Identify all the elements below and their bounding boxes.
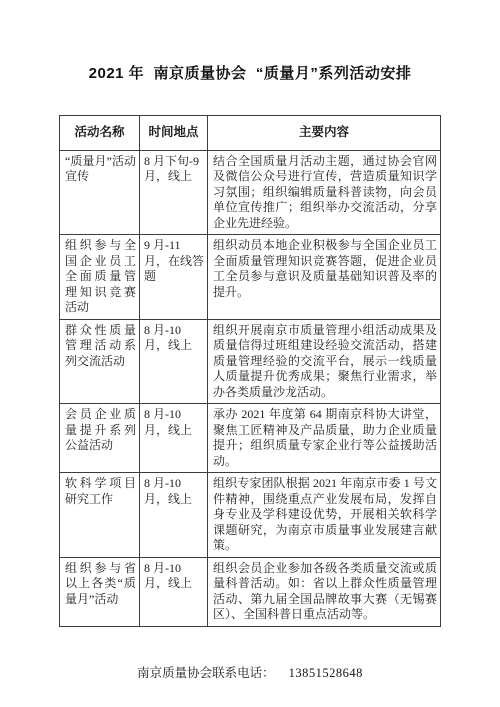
table-row: 群众性质量管理活动系列交流活动 8 月-10 月，线上 组织开展南京市质量管理小… [60,319,441,404]
main-content-cell: 组织动员本地企业积极参与全国企业员工全面质量管理知识竞赛答题，促进企业员工全员参… [208,235,441,320]
main-content-cell: 承办 2021 年度第 64 期南京科协大讲堂，聚焦工匠精神及产品质量，助力企业… [208,404,441,473]
time-place-cell: 8 月-10 月，线上 [140,557,208,626]
column-header-main-content: 主要内容 [208,116,441,151]
column-header-activity-name: 活动名称 [60,116,140,151]
activity-name-cell: 组织参与省以上各类“质量月”活动 [60,557,140,626]
table-row: 组织参与全国企业员工全面质量管理知识竞赛活动 9 月-11 月，在线答题 组织动… [60,235,441,320]
time-place-cell: 9 月-11 月，在线答题 [140,235,208,320]
activity-name-cell: 组织参与全国企业员工全面质量管理知识竞赛活动 [60,235,140,320]
main-content-cell: 结合全国质量月活动主题，通过协会官网及微信公众号进行宣传，营造质量知识学习氛围；… [208,150,441,235]
contact-label: 南京质量协会联系电话： [137,666,275,680]
time-place-cell: 8 月-10 月，线上 [140,404,208,473]
main-content-cell: 组织会员企业参加各级各类质量交流或质量科普活动。如：省以上群众性质量管理活动、第… [208,557,441,626]
page-title: 2021 年 南京质量协会 “质量月”系列活动安排 [0,62,500,83]
table-row: 会员企业质量提升系列公益活动 8 月-10 月，线上 承办 2021 年度第 6… [60,404,441,473]
activity-name-cell: “质量月”活动宣传 [60,150,140,235]
table-header-row: 活动名称 时间地点 主要内容 [60,116,441,151]
activity-name-cell: 群众性质量管理活动系列交流活动 [60,319,140,404]
table-row: “质量月”活动宣传 8 月下旬-9 月，线上 结合全国质量月活动主题，通过协会官… [60,150,441,235]
table-row: 组织参与省以上各类“质量月”活动 8 月-10 月，线上 组织会员企业参加各级各… [60,557,441,626]
table-row: 软科学项目研究工作 8 月-10 月，线上 组织专家团队根据 2021 年南京市… [60,473,441,558]
activity-name-cell: 软科学项目研究工作 [60,473,140,558]
time-place-cell: 8 月-10 月，线上 [140,473,208,558]
contact-phone-number: 13851528648 [289,666,363,680]
main-content-cell: 组织专家团队根据 2021 年南京市委 1 号文件精神，围绕重点产业发展布局，发… [208,473,441,558]
activity-name-cell: 会员企业质量提升系列公益活动 [60,404,140,473]
document-page: 2021 年 南京质量协会 “质量月”系列活动安排 活动名称 时间地点 主要内容… [0,0,500,707]
time-place-cell: 8 月下旬-9 月，线上 [140,150,208,235]
column-header-time-place: 时间地点 [140,116,208,151]
main-content-cell: 组织开展南京市质量管理小组活动成果及质量信得过班组建设经验交流活动，搭建质量管理… [208,319,441,404]
time-place-cell: 8 月-10 月，线上 [140,319,208,404]
contact-line: 南京质量协会联系电话：13851528648 [0,663,500,681]
activity-schedule-table: 活动名称 时间地点 主要内容 “质量月”活动宣传 8 月下旬-9 月，线上 结合… [59,115,441,627]
